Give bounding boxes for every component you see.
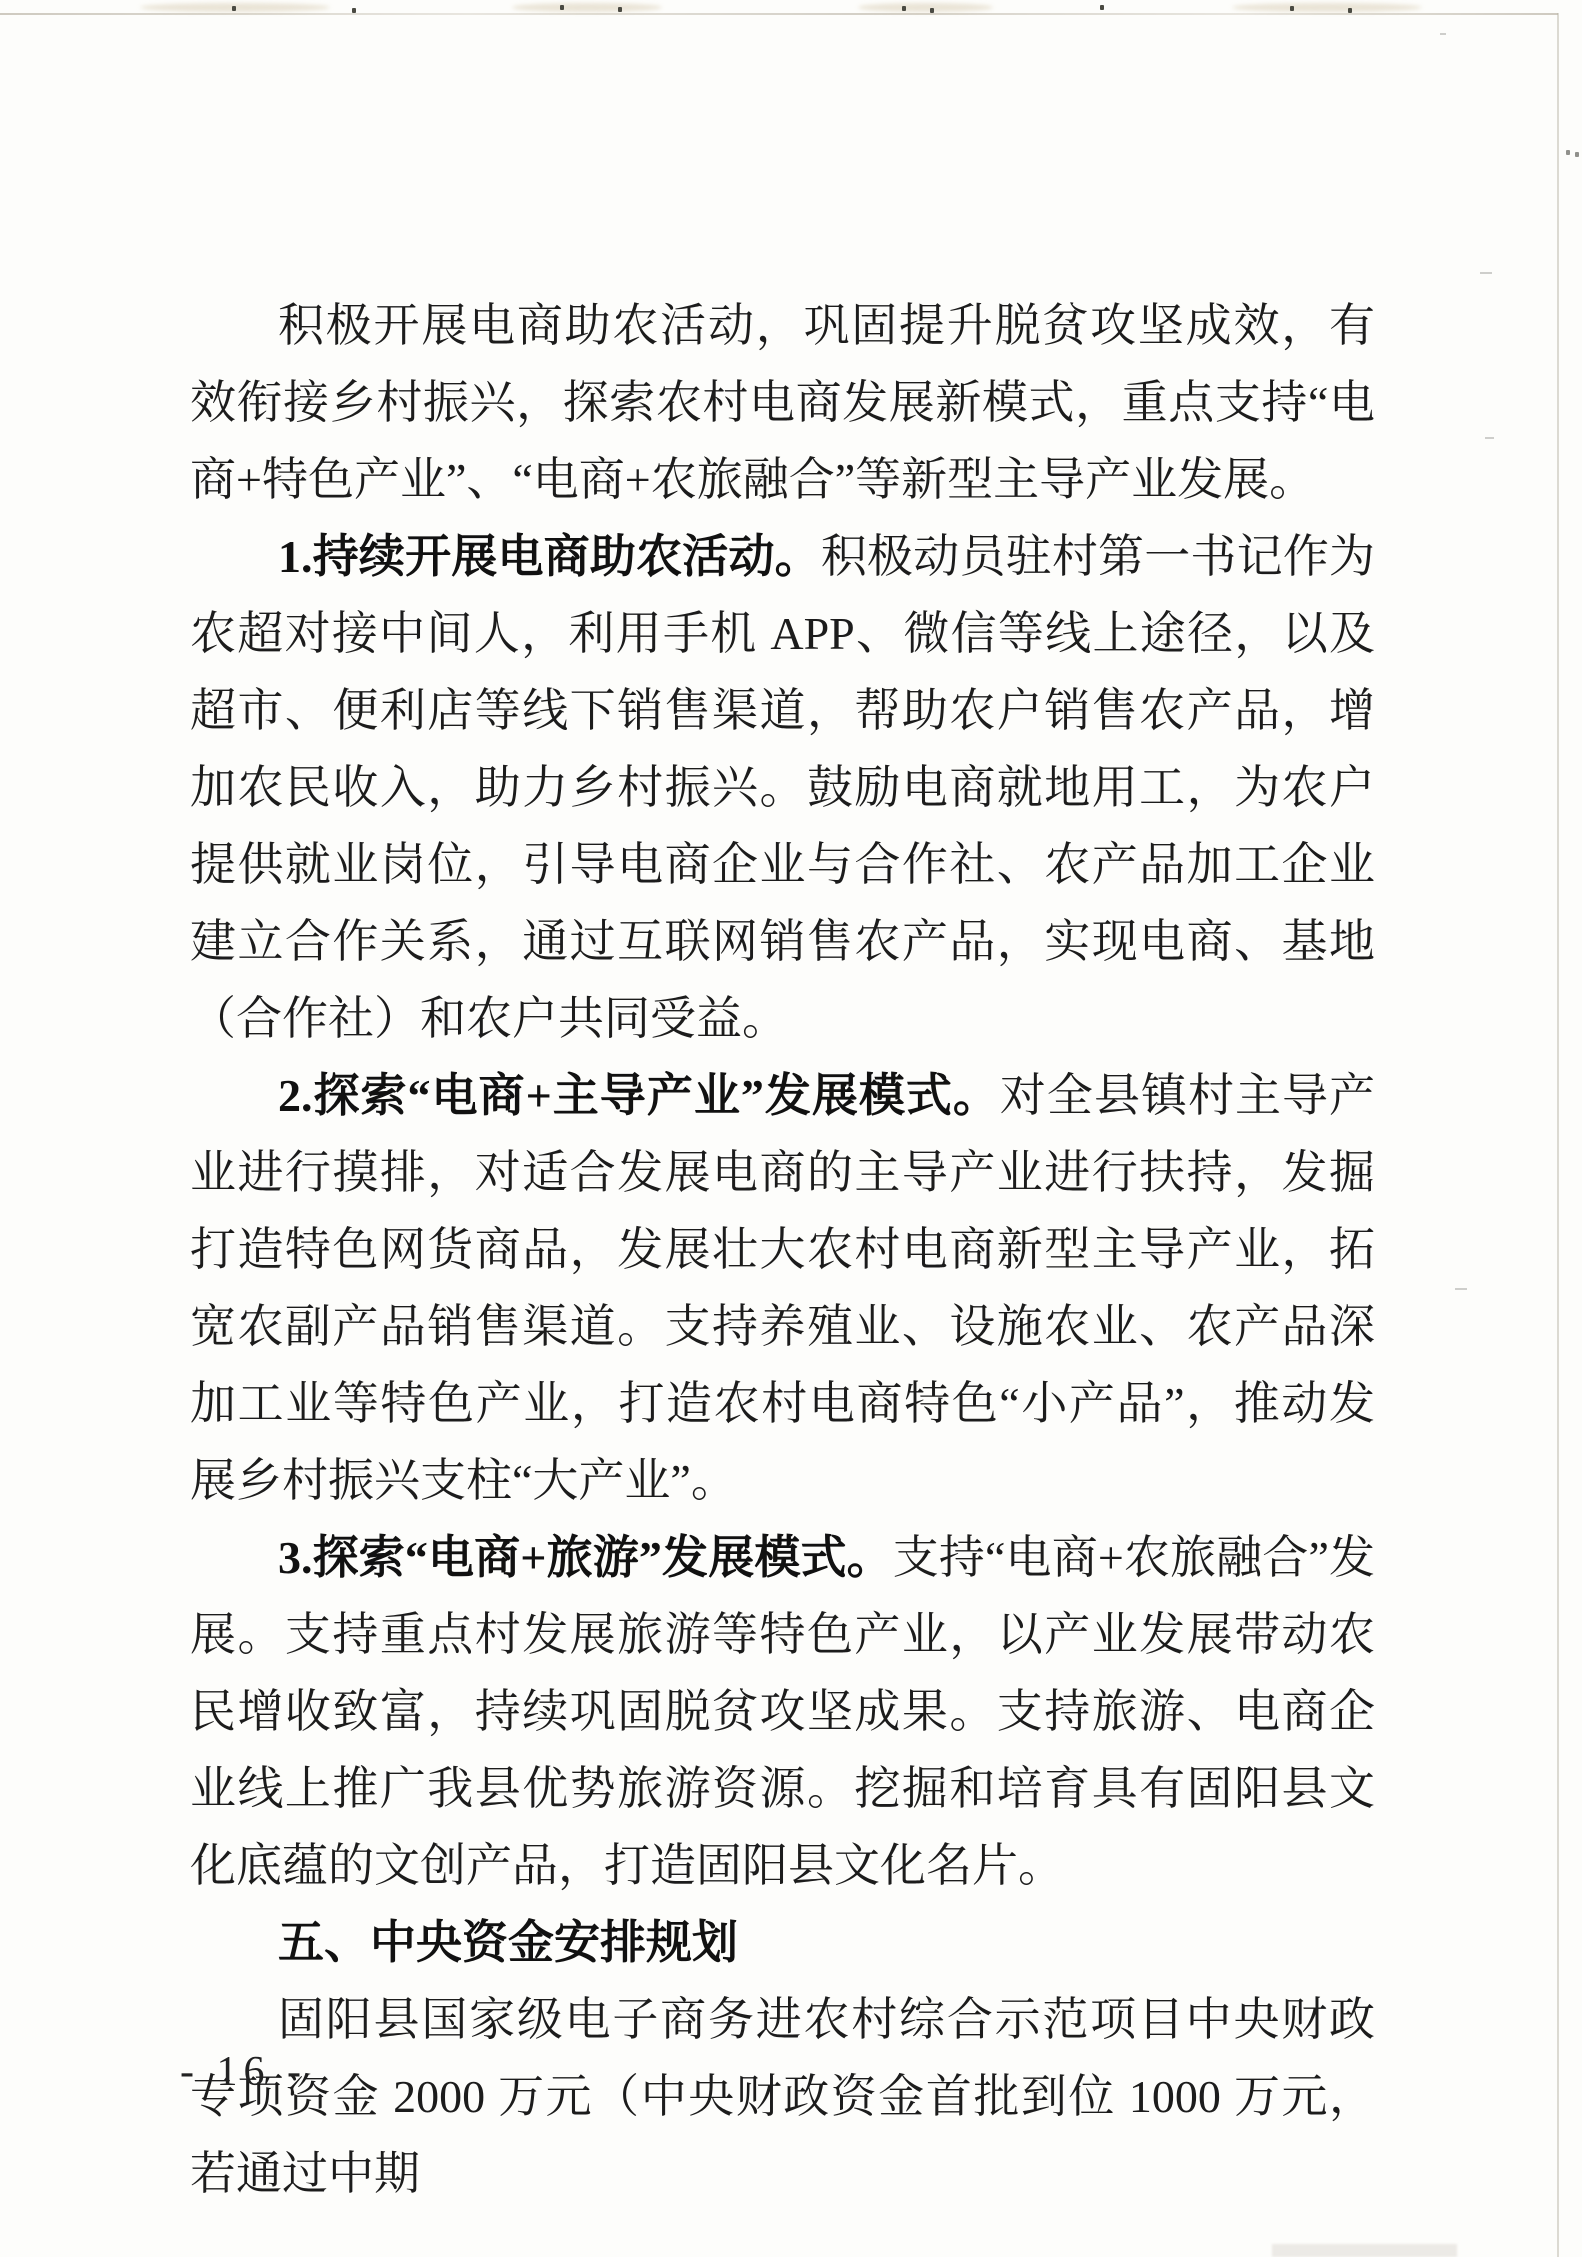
paragraph-lead-bold: 五、中央资金安排规划 [278, 1916, 738, 1968]
paragraph-lead-bold: 1.持续开展电商助农活动。 [278, 531, 821, 582]
scan-smudge [512, 3, 662, 12]
page-number: - 16 - [180, 2048, 307, 2096]
paragraph: 3.探索“电商+旅游”发展模式。支持“电商+农旅融合”发展。支持重点村发展旅游等… [190, 1519, 1375, 1904]
paragraph-lead-bold: 3.探索“电商+旅游”发展模式。 [278, 1532, 893, 1583]
scan-speck [232, 6, 236, 11]
document-body-text: 积极开展电商助农活动，巩固提升脱贫攻坚成效，有效衔接乡村振兴，探索农村电商发展新… [190, 287, 1375, 2212]
scan-speck [1575, 152, 1579, 157]
scan-smudge [1232, 3, 1422, 12]
scan-smudge [1272, 2244, 1457, 2257]
section-heading: 五、中央资金安排规划 [190, 1904, 1375, 1981]
scan-speck [618, 7, 622, 12]
paragraph: 2.探索“电商+主导产业”发展模式。对全县镇村主导产业进行摸排，对适合发展电商的… [190, 1057, 1375, 1519]
scan-top-edge-line [0, 13, 1558, 15]
scan-speck [560, 5, 564, 10]
scan-right-edge-line [1557, 13, 1559, 2257]
paragraph-text: 积极开展电商助农活动，巩固提升脱贫攻坚成效，有效衔接乡村振兴，探索农村电商发展新… [190, 300, 1375, 505]
paragraph: 积极开展电商助农活动，巩固提升脱贫攻坚成效，有效衔接乡村振兴，探索农村电商发展新… [190, 287, 1375, 518]
scan-speck [1348, 8, 1352, 13]
scan-speck [930, 8, 934, 13]
scan-mark [1480, 272, 1492, 274]
scan-mark [1485, 437, 1494, 439]
paragraph-text: 固阳县国家级电子商务进农村综合示范项目中央财政专项资金 2000 万元（中央财政… [190, 1994, 1375, 2199]
scan-speck [352, 8, 356, 13]
paragraph: 固阳县国家级电子商务进农村综合示范项目中央财政专项资金 2000 万元（中央财政… [190, 1981, 1375, 2212]
scan-speck [1100, 5, 1104, 10]
scan-speck [1290, 6, 1294, 11]
scan-smudge [858, 3, 993, 12]
scan-mark [1440, 33, 1446, 35]
scan-mark [1455, 1288, 1467, 1290]
paragraph-lead-bold: 2.探索“电商+主导产业”发展模式。 [278, 1070, 1000, 1121]
paragraph-text: 积极动员驻村第一书记作为农超对接中间人，利用手机 APP、微信等线上途径，以及超… [190, 531, 1375, 1044]
scan-speck [1566, 150, 1570, 155]
paragraph-text: 支持“电商+农旅融合”发展。支持重点村发展旅游等特色产业，以产业发展带动农民增收… [190, 1532, 1375, 1891]
paragraph: 1.持续开展电商助农活动。积极动员驻村第一书记作为农超对接中间人，利用手机 AP… [190, 518, 1375, 1057]
scan-speck [902, 6, 906, 11]
paragraph-text: 对全县镇村主导产业进行摸排，对适合发展电商的主导产业进行扶持，发掘打造特色网货商… [190, 1070, 1375, 1506]
